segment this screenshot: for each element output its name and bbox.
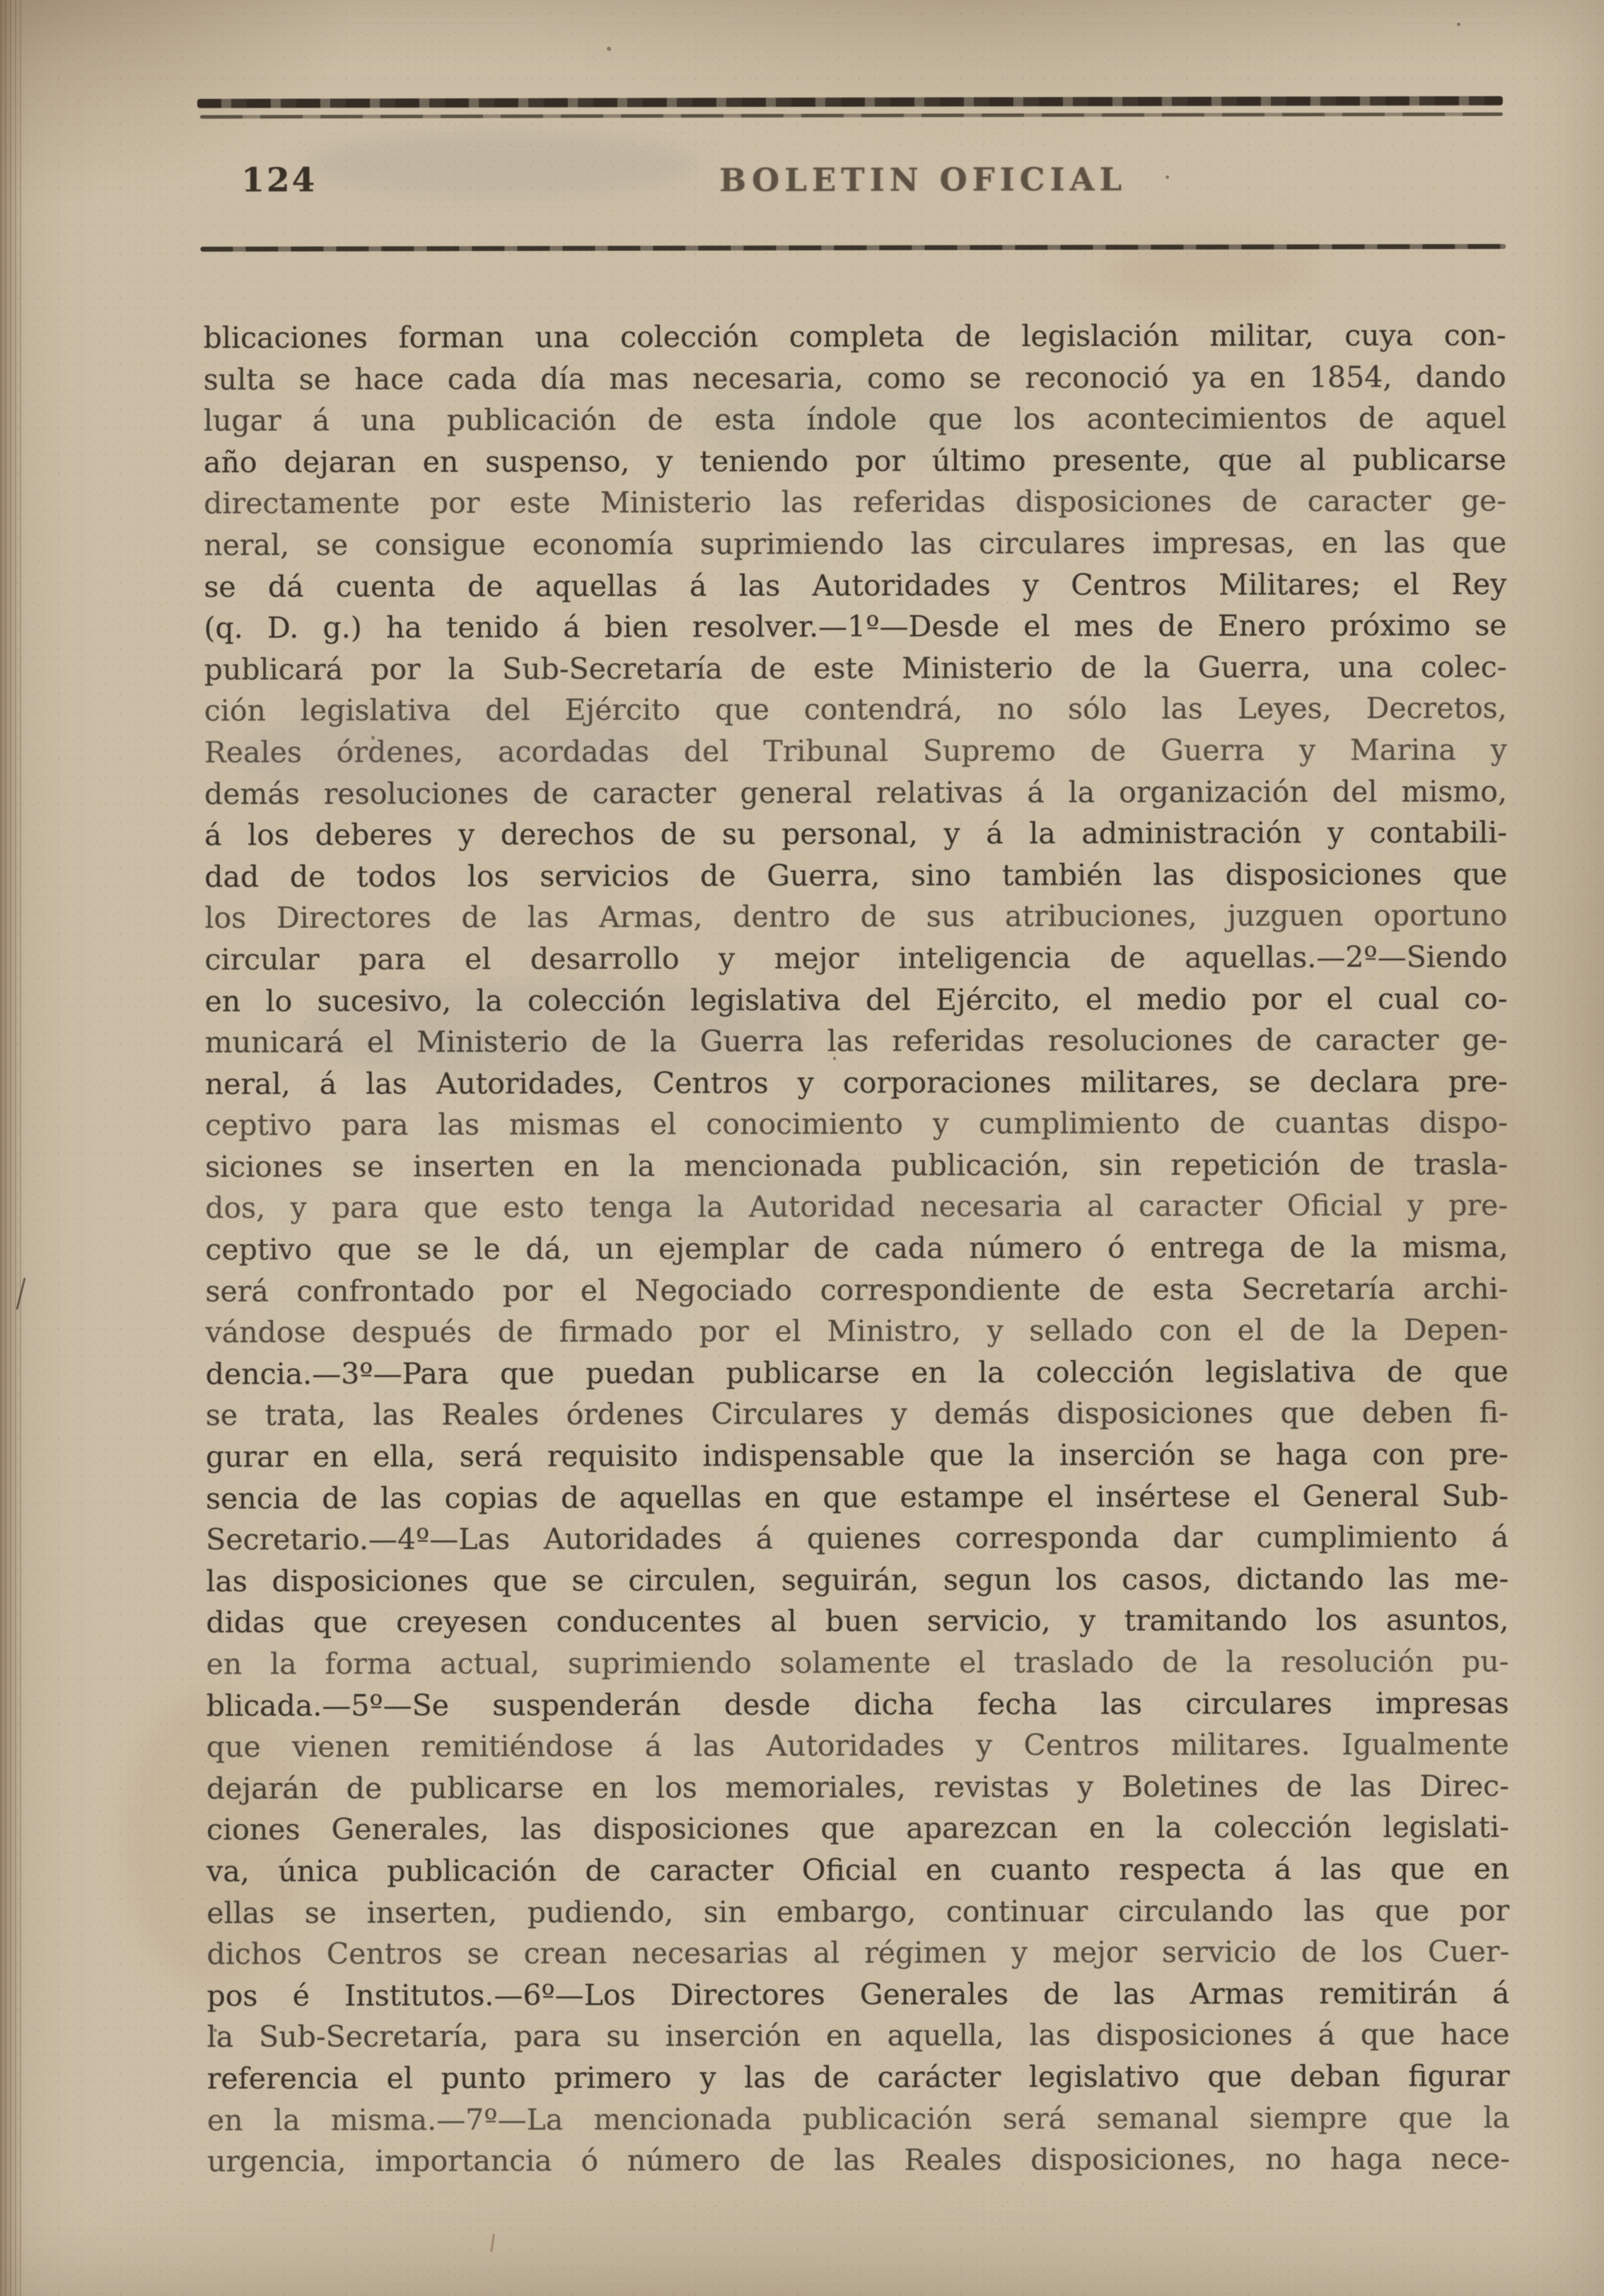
text-line: sulta se hace cada día mas necesaria, co… (204, 356, 1506, 400)
text-line: ceptivo que se le dá, un ejemplar de cad… (205, 1227, 1508, 1270)
text-line: será confrontado por el Negociado corres… (205, 1268, 1508, 1312)
text-line: urgencia, importancia ó número de las Re… (207, 2138, 1510, 2182)
text-line: Reales órdenes, acordadas del Tribunal S… (204, 729, 1507, 773)
text-line: municará el Ministerio de la Guerra las … (205, 1019, 1508, 1063)
text-line: á los deberes y derechos de su personal,… (204, 812, 1507, 856)
text-line: referencia el punto primero y las de car… (207, 2056, 1510, 2099)
text-line: demás resoluciones de caracter general r… (204, 770, 1507, 814)
text-line: ciones Generales, las disposiciones que … (207, 1807, 1509, 1850)
text-line: dad de todos los servicios de Guerra, si… (204, 854, 1507, 898)
body-text: blicaciones forman una colección complet… (204, 315, 1511, 2183)
text-line: los Directores de las Armas, dentro de s… (204, 895, 1507, 939)
text-line: publicará por la Sub-Secretaría de este … (204, 647, 1507, 690)
text-line: pos é Institutos.—6º—Los Directores Gene… (207, 1973, 1509, 2017)
header-rule (200, 244, 1506, 252)
text-line: ellas se inserten, pudiendo, sin embargo… (207, 1889, 1509, 1933)
text-line: blicaciones forman una colección complet… (204, 315, 1506, 359)
document-page: 124 BOLETIN OFICIAL blicaciones forman u… (0, 0, 1604, 2296)
text-line: neral, se consigue economía suprimiendo … (204, 522, 1506, 566)
text-line: vándose después de firmado por el Minist… (205, 1309, 1508, 1353)
text-line: en la forma actual, suprimiendo solament… (206, 1641, 1509, 1685)
page-header: 124 BOLETIN OFICIAL (197, 153, 1504, 215)
text-line: dos, y para que esto tenga la Autoridad … (205, 1185, 1508, 1229)
text-line: se dá cuenta de aquellas á las Autoridad… (204, 563, 1506, 607)
text-line: sencia de las copias de aquellas en que … (206, 1475, 1509, 1519)
text-line: las disposiciones que se circulen, segui… (206, 1558, 1509, 1602)
text-line: siciones se inserten en la mencionada pu… (205, 1144, 1508, 1188)
text-line: gurar en ella, será requisito indispensa… (206, 1434, 1509, 1478)
text-line: va, única publicación de caracter Oficia… (207, 1848, 1509, 1892)
text-line: Secretario.—4º—Las Autoridades á quienes… (206, 1517, 1509, 1560)
text-line: se trata, las Reales órdenes Circulares … (206, 1392, 1509, 1436)
text-line: año dejaran en suspenso, y teniendo por … (204, 439, 1506, 483)
text-line: dejarán de publicarse en los memoriales,… (207, 1766, 1509, 1809)
page-number: 124 (241, 161, 317, 199)
text-line: ceptivo para las mismas el conocimiento … (205, 1102, 1508, 1146)
top-rule-thick (197, 96, 1503, 108)
text-line: en la misma.—7º—La mencionada publicació… (207, 2097, 1510, 2140)
text-line: ción legislativa del Ejército que conten… (204, 688, 1507, 731)
text-line: blicada.—5º—Se suspenderán desde dicha f… (207, 1683, 1509, 1727)
text-line: dencia.—3º—Para que puedan publicarse en… (206, 1351, 1509, 1395)
text-line: directamente por este Ministerio las ref… (204, 480, 1506, 524)
text-line: circular para el desarrollo y mejor inte… (204, 937, 1507, 980)
text-line: neral, á las Autoridades, Centros y corp… (205, 1061, 1508, 1105)
text-line: dichos Centros se crean necesarias al ré… (207, 1931, 1509, 1975)
text-line: didas que creyesen conducentes al buen s… (206, 1599, 1509, 1643)
text-line: la Sub-Secretaría, para su inserción en … (207, 2014, 1510, 2058)
text-line: que vienen remitiéndose á las Autoridade… (207, 1724, 1509, 1768)
page-title: BOLETIN OFICIAL (719, 161, 1127, 199)
top-rule-thin (200, 112, 1503, 119)
text-line: en lo sucesivo, la colección legislativa… (205, 978, 1508, 1021)
text-line: (q. D. g.) ha tenido á bien resolver.—1º… (204, 605, 1506, 649)
text-line: lugar á una publicación de esta índole q… (204, 398, 1506, 441)
